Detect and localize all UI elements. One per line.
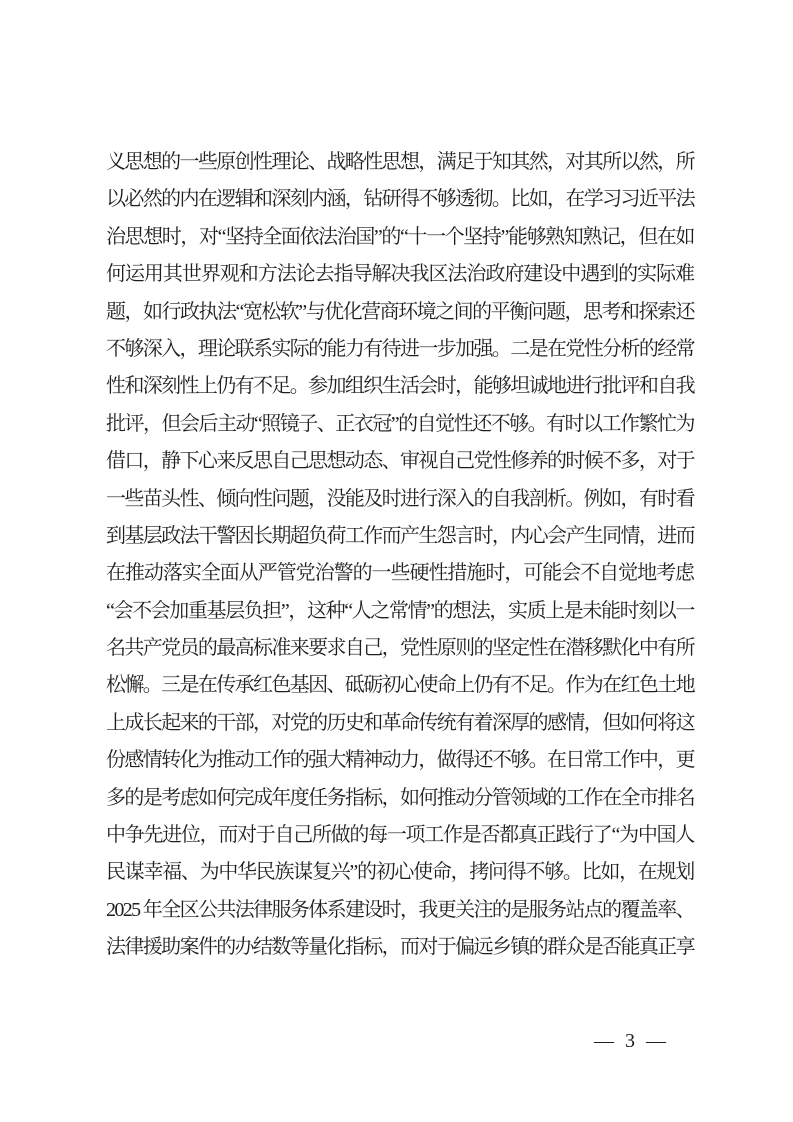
text-line: 治思想时，对“坚持全面依法治国”的“十一个坚持”能够熟知熟记，但在如 [106,219,694,256]
text-line: 中争先进位，而对于自己所做的每一项工作是否都真正践行了“为中国人 [106,817,694,854]
text-line: 法律援助案件的办结数等量化指标，而对于偏远乡镇的群众是否能真正享 [106,929,694,966]
text-line: “会不会加重基层负担”，这种“人之常情”的想法，实质上是未能时刻以一 [106,593,694,630]
text-line: 上成长起来的干部，对党的历史和革命传统有着深厚的感情，但如何将这 [106,705,694,742]
text-line: 不够深入，理论联系实际的能力有待进一步加强。二是在党性分析的经常 [106,331,694,368]
text-line: 以必然的内在逻辑和深刻内涵，钻研得不够透彻。比如，在学习习近平法 [106,181,694,218]
text-line: 民谋幸福、为中华民族谋复兴”的初心使命，拷问得不够。比如，在规划 [106,854,694,891]
text-line: 义思想的一些原创性理论、战略性思想，满足于知其然，对其所以然，所 [106,144,694,181]
body-text: 义思想的一些原创性理论、战略性思想，满足于知其然，对其所以然，所 以必然的内在逻… [106,144,694,967]
text-line: 性和深刻性上仍有不足。参加组织生活会时，能够坦诚地进行批评和自我 [106,368,694,405]
text-line: 批评，但会后主动“照镜子、正衣冠”的自觉性还不够。有时以工作繁忙为 [106,406,694,443]
page-number: — 3 — [594,1030,669,1053]
text-line: 2025 年全区公共法律服务体系建设时，我更关注的是服务站点的覆盖率、 [106,892,694,929]
text-line: 在推动落实全面从严管党治警的一些硬性措施时，可能会不自觉地考虑 [106,555,694,592]
text-line: 多的是考虑如何完成年度任务指标，如何推动分管领域的工作在全市排名 [106,780,694,817]
document-page: 义思想的一些原创性理论、战略性思想，满足于知其然，对其所以然，所 以必然的内在逻… [0,0,793,1122]
text-line: 一些苗头性、倾向性问题，没能及时进行深入的自我剖析。例如，有时看 [106,481,694,518]
text-line: 松懈。三是在传承红色基因、砥砺初心使命上仍有不足。作为在红色土地 [106,667,694,704]
text-line: 题，如行政执法“宽松软”与优化营商环境之间的平衡问题，思考和探索还 [106,294,694,331]
text-line: 借口，静下心来反思自己思想动态、审视自己党性修养的时候不多，对于 [106,443,694,480]
text-line: 份感情转化为推动工作的强大精神动力，做得还不够。在日常工作中，更 [106,742,694,779]
text-line: 何运用其世界观和方法论去指导解决我区法治政府建设中遇到的实际难 [106,256,694,293]
text-line: 到基层政法干警因长期超负荷工作而产生怨言时，内心会产生同情，进而 [106,518,694,555]
text-line: 名共产党员的最高标准来要求自己，党性原则的坚定性在潜移默化中有所 [106,630,694,667]
